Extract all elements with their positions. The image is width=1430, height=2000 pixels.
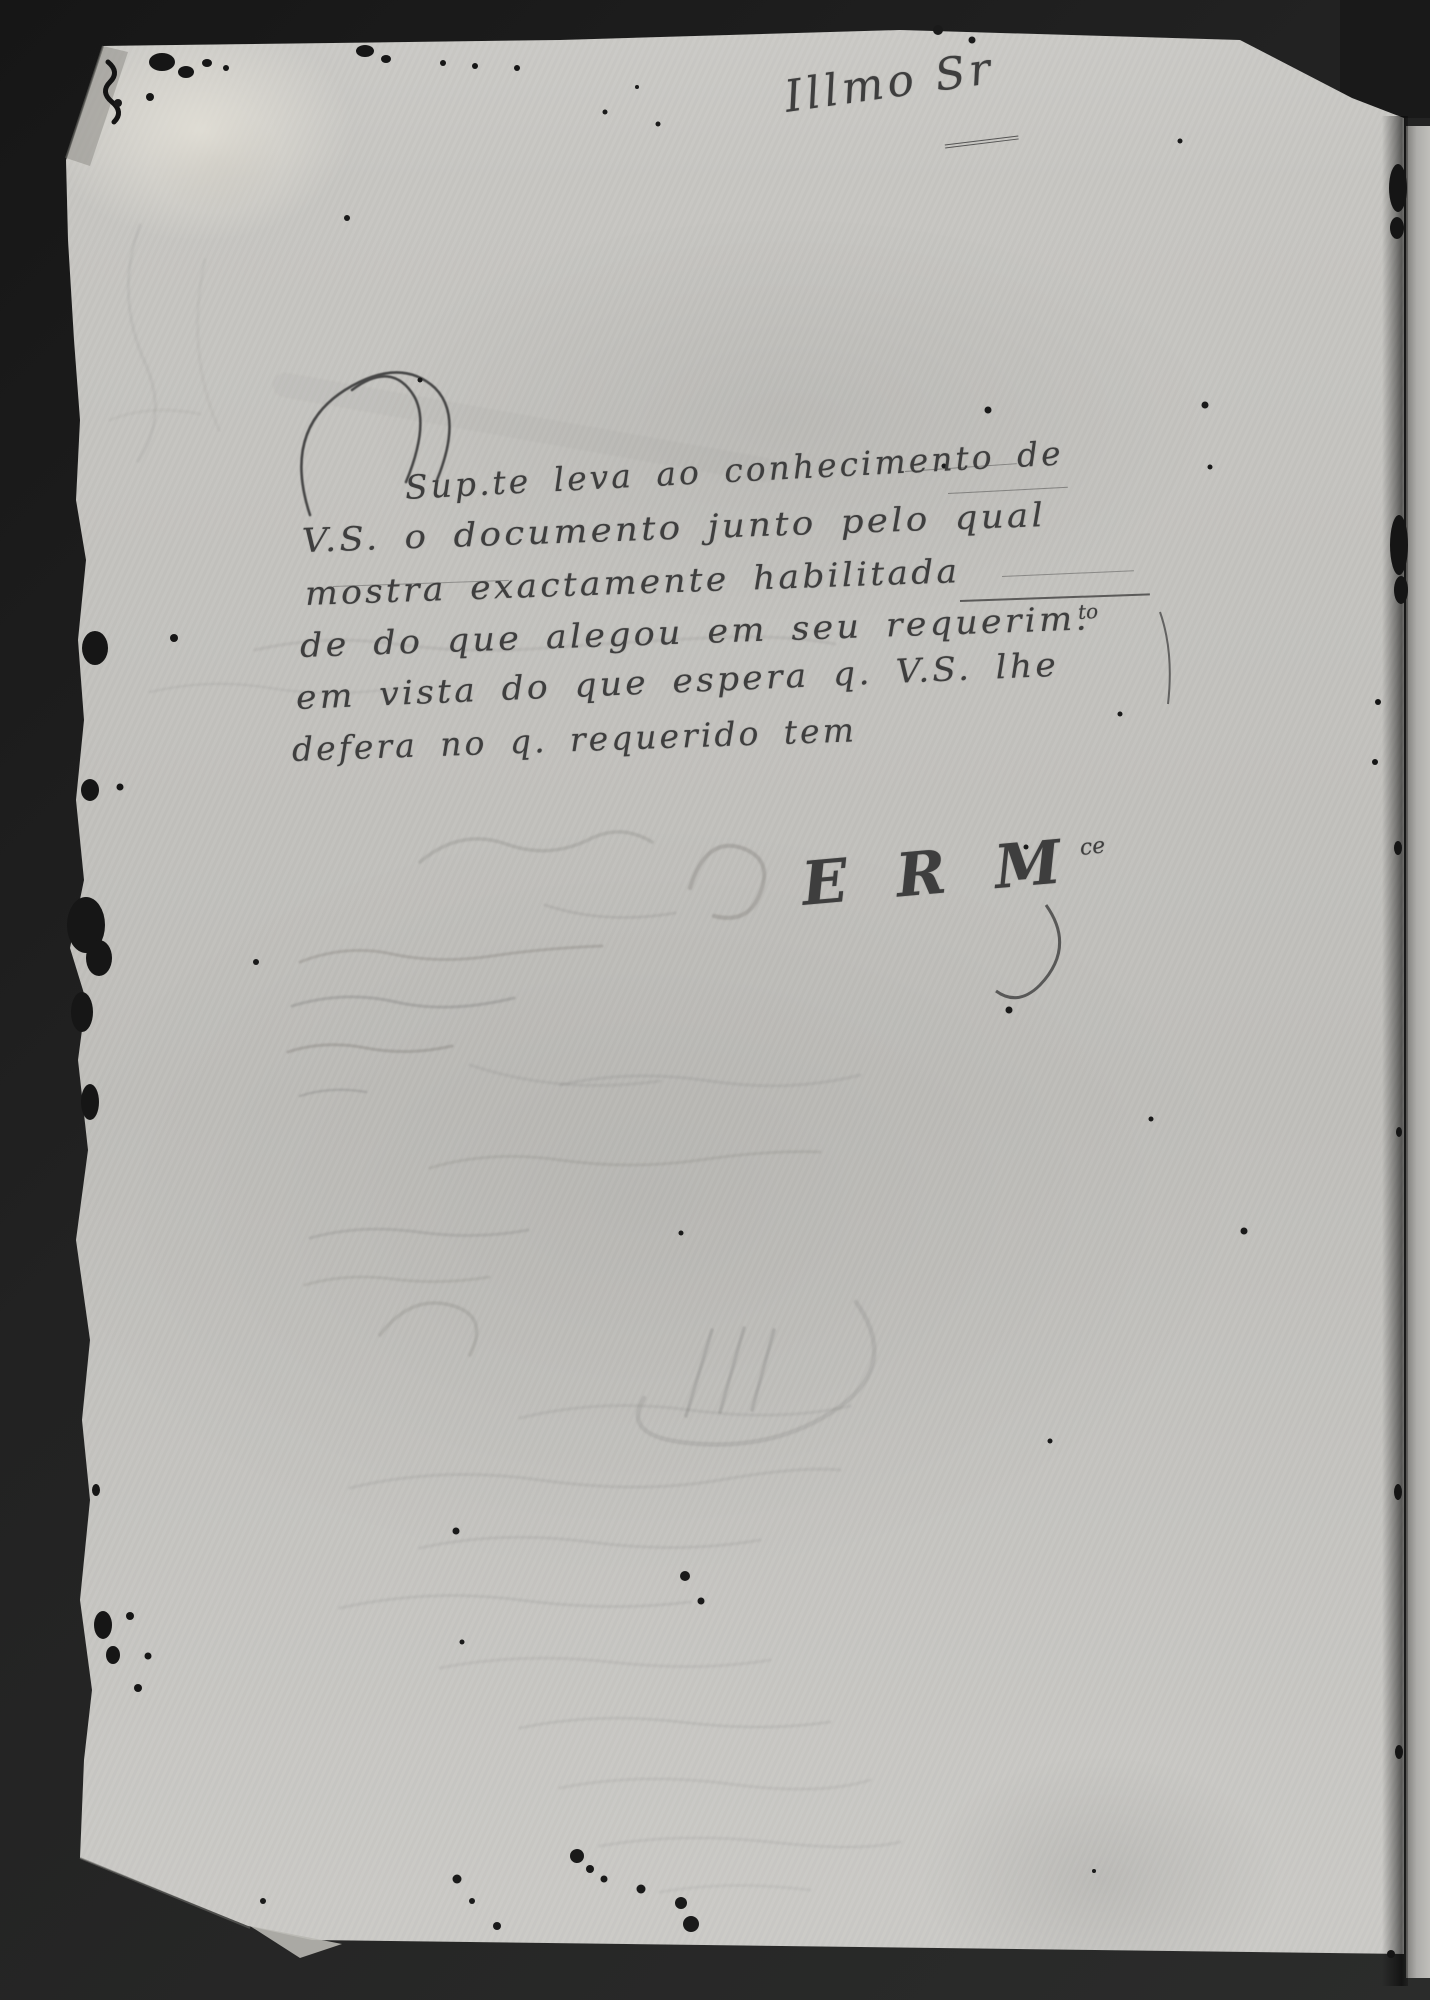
seam-ink-blots — [1372, 164, 1408, 1958]
pen-stroke-diagonal — [1160, 612, 1170, 704]
closing-flourish — [996, 905, 1060, 998]
closing-superscript: ce — [1079, 833, 1107, 861]
left-edge-ink-blots — [67, 45, 520, 1692]
page-fold-corner-bottom — [80, 1858, 342, 1958]
scan-artifacts-layer — [0, 0, 1430, 2000]
superscript-abbreviation: to — [1077, 599, 1098, 624]
ink-specks — [114, 25, 1248, 1932]
scanned-manuscript-page: Illmo Sr Sup.te leva ao conhecimento de … — [0, 0, 1430, 2000]
